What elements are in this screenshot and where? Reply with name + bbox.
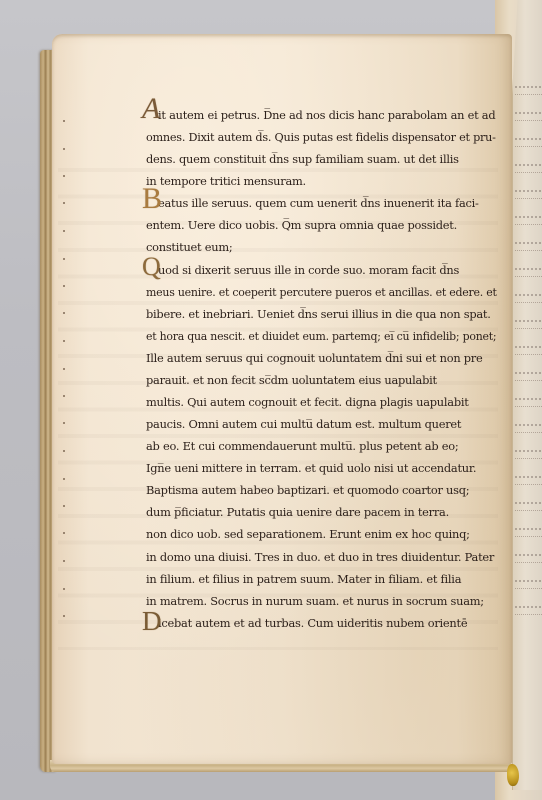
initial-letter-a: A	[142, 98, 160, 120]
prick-hole	[63, 615, 65, 617]
text-line-24: D icebat autem et ad turbas. Cum uiderit…	[146, 612, 496, 634]
line-text: in filium. et filius in patrem suum. Mat…	[146, 568, 461, 590]
facing-page-text	[515, 70, 542, 630]
prick-hole	[63, 450, 65, 452]
line-text: non dico uob. sed separationem. Erunt en…	[146, 523, 470, 545]
text-line-16: ab eo. Et cui commendauerunt multu̅. plu…	[146, 435, 496, 457]
line-text: it autem ei petrus. D̅ne ad nos dicis ha…	[158, 104, 495, 126]
line-text: parauit. et non fecit sc̅dm uoluntatem e…	[146, 369, 437, 391]
line-text: omnes. Dixit autem d̅s. Quis putas est f…	[146, 126, 496, 148]
text-line-13: parauit. et non fecit sc̅dm uoluntatem e…	[146, 369, 496, 391]
prick-hole	[63, 258, 65, 260]
prick-hole	[63, 505, 65, 507]
line-text: bibere. et inebriari. Ueniet d̅ns serui …	[146, 303, 491, 325]
line-text: et hora qua nescit. et diuidet eum. part…	[146, 325, 496, 347]
text-line-12: Ille autem seruus qui cognouit uoluntate…	[146, 347, 496, 369]
prick-hole	[63, 395, 65, 397]
line-text: Baptisma autem habeo baptizari. et quomo…	[146, 479, 469, 501]
text-line-8: Q uod si dixerit seruus ille in corde su…	[146, 259, 496, 281]
prick-hole	[63, 422, 65, 424]
prick-hole	[63, 588, 65, 590]
line-text: ab eo. Et cui commendauerunt multu̅. plu…	[146, 435, 458, 457]
line-text: Ign̅e ueni mittere in terram. et quid uo…	[146, 457, 476, 479]
line-text: in domo una diuisi. Tres in duo. et duo …	[146, 546, 494, 568]
prick-hole	[63, 312, 65, 314]
line-text: icebat autem et ad turbas. Cum uideritis…	[158, 612, 467, 634]
initial-letter-b: B	[142, 188, 162, 210]
text-line-9: meus uenire. et coeperit percutere puero…	[146, 281, 496, 303]
line-text: in matrem. Socrus in nurum suam. et nuru…	[146, 590, 484, 612]
initial-letter-d: D	[142, 610, 161, 632]
gold-clasp-fragment	[507, 764, 519, 786]
text-line-6: entem. Uere dico uobis. Q̅m supra omnia …	[146, 214, 496, 236]
prick-hole	[63, 230, 65, 232]
prick-hole	[63, 532, 65, 534]
prick-hole	[63, 202, 65, 204]
text-line-20: non dico uob. sed separationem. Erunt en…	[146, 523, 496, 545]
prick-hole	[63, 285, 65, 287]
text-line-17: Ign̅e ueni mittere in terram. et quid uo…	[146, 457, 496, 479]
text-line-2: omnes. Dixit autem d̅s. Quis putas est f…	[146, 126, 496, 148]
pricking-holes	[63, 120, 69, 640]
prick-hole	[63, 148, 65, 150]
text-line-4: in tempore tritici mensuram.	[146, 170, 496, 192]
text-line-7: constituet eum;	[146, 236, 496, 258]
line-text: entem. Uere dico uobis. Q̅m supra omnia …	[146, 214, 457, 236]
line-text: meus uenire. et coeperit percutere puero…	[146, 281, 497, 303]
line-text: uod si dixerit seruus ille in corde suo.…	[158, 259, 459, 281]
manuscript-text-block: A it autem ei petrus. D̅ne ad nos dicis …	[146, 104, 496, 634]
text-line-11: et hora qua nescit. et diuidet eum. part…	[146, 325, 496, 347]
text-line-21: in domo una diuisi. Tres in duo. et duo …	[146, 546, 496, 568]
text-line-23: in matrem. Socrus in nurum suam. et nuru…	[146, 590, 496, 612]
text-line-19: dum p̅ficiatur. Putatis quia uenire dare…	[146, 501, 496, 523]
line-text: multis. Qui autem cognouit et fecit. dig…	[146, 391, 469, 413]
line-text: eatus ille seruus. quem cum uenerit d̅ns…	[158, 192, 479, 214]
prick-hole	[63, 368, 65, 370]
text-line-14: multis. Qui autem cognouit et fecit. dig…	[146, 391, 496, 413]
line-text: dum p̅ficiatur. Putatis quia uenire dare…	[146, 501, 449, 523]
line-text: Ille autem seruus qui cognouit uoluntate…	[146, 347, 483, 369]
line-text: dens. quem constituit d̅ns sup familiam …	[146, 148, 459, 170]
text-line-15: paucis. Omni autem cui multu̅ datum est.…	[146, 413, 496, 435]
text-line-10: bibere. et inebriari. Ueniet d̅ns serui …	[146, 303, 496, 325]
line-text: paucis. Omni autem cui multu̅ datum est.…	[146, 413, 461, 435]
prick-hole	[63, 560, 65, 562]
text-line-18: Baptisma autem habeo baptizari. et quomo…	[146, 479, 496, 501]
text-line-1: A it autem ei petrus. D̅ne ad nos dicis …	[146, 104, 496, 126]
text-line-3: dens. quem constituit d̅ns sup familiam …	[146, 148, 496, 170]
prick-hole	[63, 120, 65, 122]
text-line-5: B eatus ille seruus. quem cum uenerit d̅…	[146, 192, 496, 214]
prick-hole	[63, 175, 65, 177]
text-line-22: in filium. et filius in patrem suum. Mat…	[146, 568, 496, 590]
prick-hole	[63, 478, 65, 480]
line-text: in tempore tritici mensuram.	[146, 170, 306, 192]
prick-hole	[63, 340, 65, 342]
initial-letter-q: Q	[142, 256, 161, 278]
